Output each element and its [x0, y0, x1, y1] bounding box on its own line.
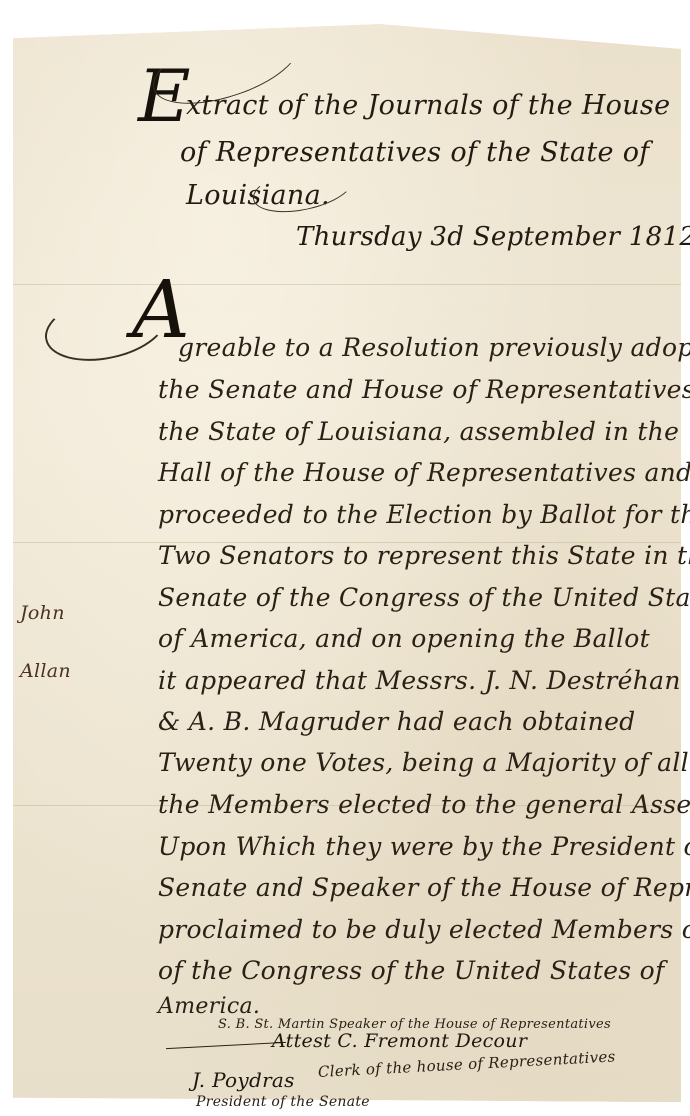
paper-fold-line [13, 284, 681, 285]
body-line-9: it appeared that Messrs. J. N. Destréhan [158, 666, 681, 695]
body-line-3: the State of Louisiana, assembled in the [158, 417, 679, 446]
body-line-7: Senate of the Congress of the United Sta… [158, 583, 690, 612]
body-line-10: & A. B. Magruder had each obtained [158, 707, 635, 736]
heading-line-2: of Representatives of the State of [180, 137, 650, 168]
body-line-11: Twenty one Votes, being a Majority of al… [158, 748, 689, 777]
body-line-1: greable to a Resolution previously adopt… [178, 333, 690, 362]
body-line-13: Upon Which they were by the President of… [158, 832, 690, 861]
body-line-6: Two Senators to represent this State in … [158, 541, 690, 570]
president-title: President of the Senate [196, 1094, 370, 1110]
body-line-5: proceeded to the Election by Ballot for … [158, 500, 690, 529]
body-line-8: of America, and on opening the Ballot [158, 624, 650, 653]
body-line-16: of the Congress of the United States of [158, 956, 665, 985]
body-line-14: Senate and Speaker of the House of Repre… [158, 873, 690, 902]
margin-note-allan: Allan [20, 660, 71, 682]
body-line-4: Hall of the House of Representatives and [158, 458, 690, 487]
attest-signature: Attest C. Fremont Decour [272, 1030, 527, 1052]
heading-line-1: xtract of the Journals of the House [186, 90, 670, 121]
body-line-2: the Senate and House of Representatives … [158, 375, 690, 404]
president-signature: J. Poydras [192, 1068, 295, 1092]
body-line-12: the Members elected to the general Assem… [158, 790, 690, 819]
body-line-15: proclaimed to be duly elected Members of… [158, 915, 690, 944]
body-line-17: America. [158, 994, 260, 1019]
dateline: Thursday 3d September 1812. [296, 222, 690, 252]
margin-note-john: John [20, 602, 65, 624]
